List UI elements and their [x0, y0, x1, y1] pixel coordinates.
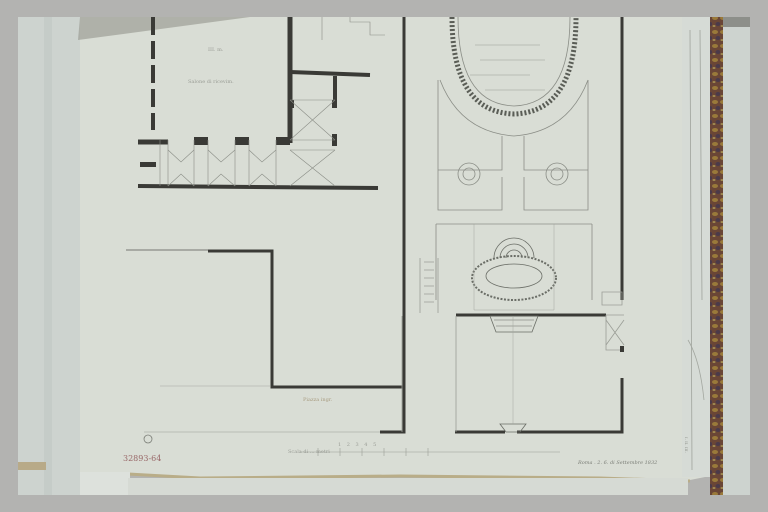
margin-notes: I. II. III. [684, 437, 689, 453]
floor-plan-svg [18, 17, 750, 495]
room-dimension-label: III. m. [208, 47, 223, 53]
scale-label: Scala di ... metri [288, 449, 330, 455]
scale-ticks: 1 2 3 4 5 [338, 442, 378, 448]
paper-sheet [78, 17, 710, 495]
marbled-book-edge [710, 17, 723, 495]
inventory-number: 32893-64 [123, 454, 161, 463]
room-label-top: Salone di ricevim. [188, 79, 234, 85]
room-label-lower: Piazza ingr. [303, 397, 332, 403]
left-page-curl [18, 17, 80, 495]
right-margin [682, 17, 750, 495]
scanned-drawing: III. m. Salone di ricevim. Piazza ingr. … [18, 17, 750, 495]
signature-date: Roma . 2. 6. di Settembre 1832 [578, 460, 657, 466]
